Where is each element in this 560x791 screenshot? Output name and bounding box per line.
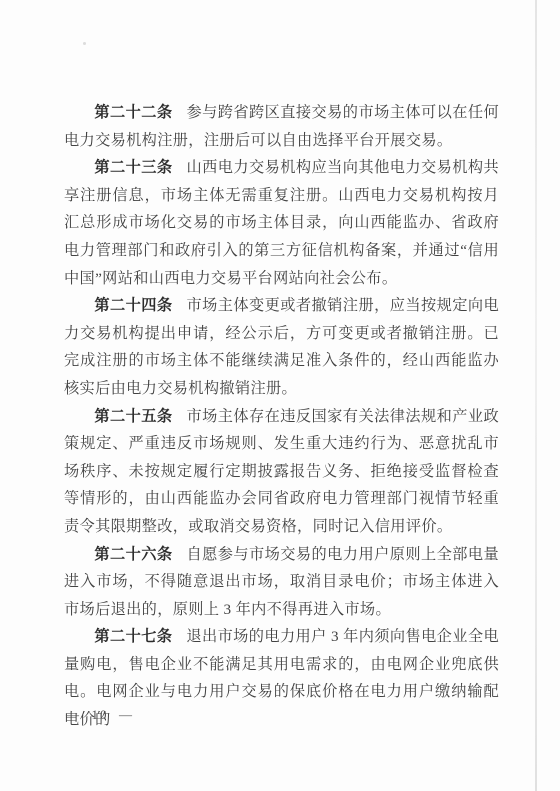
article-paragraph: 第二十五条市场主体存在违反国家有关法律法规和产业政策规定、严重违反市场规则、发生… <box>64 403 499 541</box>
document-page: 第二十二条参与跨省跨区直接交易的市场主体可以在任何电力交易机构注册，注册后可以自… <box>0 0 560 791</box>
article-number: 第二十四条 <box>94 297 172 314</box>
page-number: — 10 — <box>66 707 134 723</box>
article-number: 第二十六条 <box>94 546 172 563</box>
article-text: 市场主体存在违反国家有关法律法规和产业政策规定、严重违反市场规则、发生重大违约行… <box>64 408 499 535</box>
article-paragraph: 第二十四条市场主体变更或者撤销注册，应当按规定向电力交易机构提出申请，经公示后，… <box>64 292 499 402</box>
article-paragraph: 第二十六条自愿参与市场交易的电力用户原则上全部电量进入市场，不得随意退出市场，取… <box>64 541 499 624</box>
article-number: 第二十二条 <box>94 104 172 121</box>
article-number: 第二十五条 <box>94 408 172 425</box>
article-paragraph: 第二十二条参与跨省跨区直接交易的市场主体可以在任何电力交易机构注册，注册后可以自… <box>64 99 499 154</box>
scan-artifact-line <box>535 0 537 791</box>
article-text: 山西电力交易机构应当向其他电力交易机构共享注册信息，市场主体无需重复注册。山西电… <box>64 159 499 286</box>
article-paragraph: 第二十三条山西电力交易机构应当向其他电力交易机构共享注册信息，市场主体无需重复注… <box>64 154 499 292</box>
document-body: 第二十二条参与跨省跨区直接交易的市场主体可以在任何电力交易机构注册，注册后可以自… <box>64 99 499 734</box>
scan-artifact-dot <box>83 42 86 45</box>
article-number: 第二十七条 <box>94 628 172 645</box>
article-number: 第二十三条 <box>94 159 172 176</box>
